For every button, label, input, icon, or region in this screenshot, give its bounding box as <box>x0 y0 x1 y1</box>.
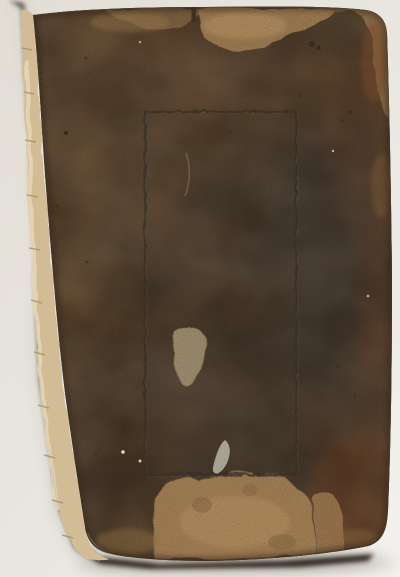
book-cover-photo <box>0 0 400 577</box>
top-notch <box>192 5 197 22</box>
photo-canvas <box>0 0 400 577</box>
